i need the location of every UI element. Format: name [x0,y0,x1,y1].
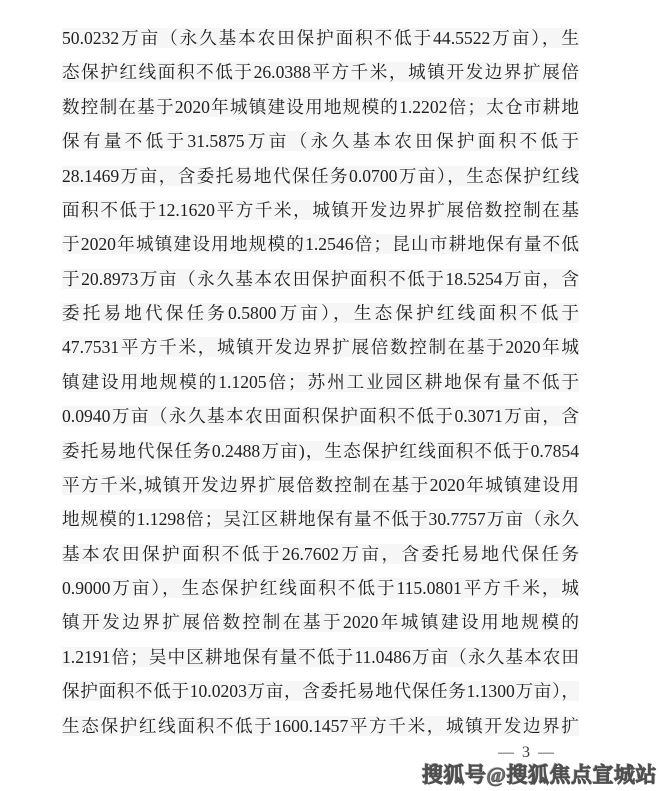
body-line: 保有量不低于31.5875万亩（永久基本农田保护面积不低于 [62,124,579,158]
body-line-text: 28.1469万亩，含委托易地代保任务0.0700万亩），生态保护红线 [62,166,579,186]
body-line-text: 0.0940万亩（永久基本农田面积保护面积不低于0.3071万亩，含 [62,406,579,426]
body-line: 28.1469万亩，含委托易地代保任务0.0700万亩），生态保护红线 [62,159,579,193]
body-line: 基本农田保护面积不低于26.7602万亩，含委托易地代保任务 [62,537,579,571]
body-line-text: 于20.8973万亩（永久基本农田保护面积不低于18.5254万亩，含 [62,269,579,289]
body-line: 平方千米,城镇开发边界扩展倍数控制在基于2020年城镇建设用 [62,468,579,502]
body-line-text: 平方千米,城镇开发边界扩展倍数控制在基于2020年城镇建设用 [62,475,579,495]
body-line-text: 态保护红线面积不低于26.0388平方千米，城镇开发边界扩展倍 [62,62,579,82]
body-line: 镇开发边界扩展倍数控制在基于2020年城镇建设用地规模的 [62,605,579,639]
body-line-text: 镇开发边界扩展倍数控制在基于2020年城镇建设用地规模的 [62,612,579,632]
body-line: 47.7531平方千米，城镇开发边界扩展倍数控制在基于2020年城 [62,330,579,364]
sohu-watermark: 搜狐号@搜狐焦点宣城站 [422,759,657,789]
body-line-text: 生态保护红线面积不低于1600.1457平方千米，城镇开发边界扩 [62,716,579,736]
body-line-text: 数控制在基于2020年城镇建设用地规模的1.2202倍；太仓市耕地 [62,97,579,117]
body-line: 面积不低于12.1620平方千米，城镇开发边界扩展倍数控制在基 [62,193,579,227]
body-line: 于2020年城镇建设用地规模的1.2546倍；昆山市耕地保有量不低 [62,227,579,261]
body-line-text: 地规模的1.1298倍；吴江区耕地保有量不低于30.7757万亩（永久 [62,509,579,529]
body-line: 于20.8973万亩（永久基本农田保护面积不低于18.5254万亩，含 [62,262,579,296]
body-line-text: 保护面积不低于10.0203万亩，含委托易地代保任务1.1300万亩）， [62,681,579,701]
body-line: 50.0232万亩（永久基本农田保护面积不低于44.5522万亩），生 [62,21,579,55]
document-body: 50.0232万亩（永久基本农田保护面积不低于44.5522万亩），生 态保护红… [62,21,579,743]
body-line: 0.9000万亩），生态保护红线面积不低于115.0801平方千米，城 [62,571,579,605]
body-line-text: 1.2191倍；吴中区耕地保有量不低于11.0486万亩（永久基本农田 [62,647,579,667]
body-line: 地规模的1.1298倍；吴江区耕地保有量不低于30.7757万亩（永久 [62,502,579,536]
document-page: 50.0232万亩（永久基本农田保护面积不低于44.5522万亩），生 态保护红… [0,0,660,791]
body-line-text: 镇建设用地规模的1.1205倍；苏州工业园区耕地保有量不低于 [62,372,579,392]
body-line-text: 保有量不低于31.5875万亩（永久基本农田保护面积不低于 [62,131,579,151]
body-line-text: 基本农田保护面积不低于26.7602万亩，含委托易地代保任务 [62,544,579,564]
body-line: 镇建设用地规模的1.1205倍；苏州工业园区耕地保有量不低于 [62,365,579,399]
body-line-text: 0.9000万亩），生态保护红线面积不低于115.0801平方千米，城 [62,578,579,598]
body-line: 0.0940万亩（永久基本农田面积保护面积不低于0.3071万亩，含 [62,399,579,433]
body-line: 数控制在基于2020年城镇建设用地规模的1.2202倍；太仓市耕地 [62,90,579,124]
body-line: 生态保护红线面积不低于1600.1457平方千米，城镇开发边界扩 [62,709,579,743]
body-line-text: 50.0232万亩（永久基本农田保护面积不低于44.5522万亩），生 [62,28,579,48]
body-line: 保护面积不低于10.0203万亩，含委托易地代保任务1.1300万亩）， [62,674,579,708]
body-line-text: 47.7531平方千米，城镇开发边界扩展倍数控制在基于2020年城 [62,337,579,357]
body-line: 态保护红线面积不低于26.0388平方千米，城镇开发边界扩展倍 [62,55,579,89]
body-line-text: 委托易地代保任务0.5800万亩），生态保护红线面积不低于 [62,303,579,323]
body-line-text: 面积不低于12.1620平方千米，城镇开发边界扩展倍数控制在基 [62,200,579,220]
body-line-text: 委托易地代保任务0.2488万亩)，生态保护红线面积不低于0.7854 [62,441,579,461]
body-line: 1.2191倍；吴中区耕地保有量不低于11.0486万亩（永久基本农田 [62,640,579,674]
body-line-text: 于2020年城镇建设用地规模的1.2546倍；昆山市耕地保有量不低 [62,234,579,254]
body-line: 委托易地代保任务0.2488万亩)，生态保护红线面积不低于0.7854 [62,434,579,468]
body-line: 委托易地代保任务0.5800万亩），生态保护红线面积不低于 [62,296,579,330]
